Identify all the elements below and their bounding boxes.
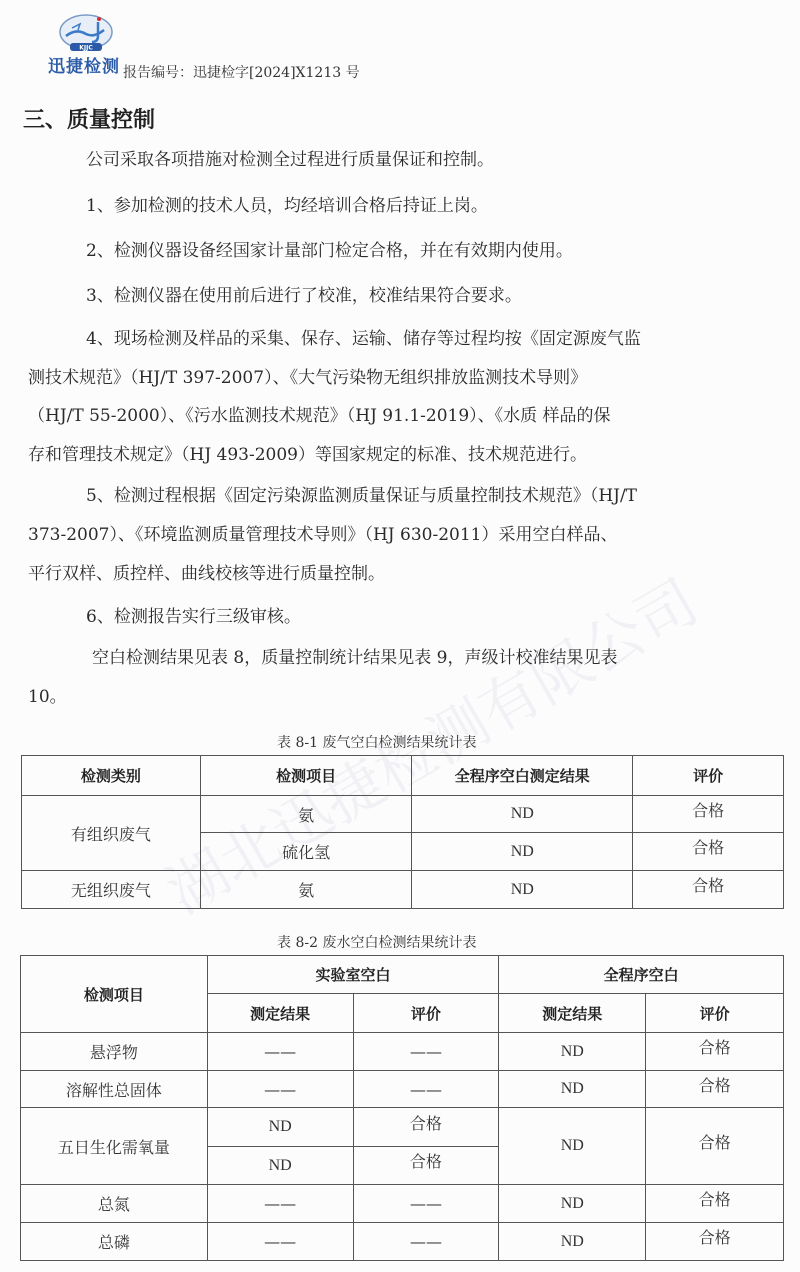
paragraph-item-2: 2、检测仪器设备经国家计量部门检定合格，并在有效期内使用。 (86, 241, 573, 261)
paragraph-item-4-line-2: 测技术规范》（HJ/T 397-2007）、《大气污染物无组织排放监测技术导则》 (28, 368, 587, 388)
paragraph-item-3: 3、检测仪器在使用前后进行了校准，校准结果符合要求。 (86, 286, 522, 306)
svg-text:KJJC: KJJC (79, 45, 93, 52)
full-result-cell: ND (499, 1185, 646, 1223)
header-cell: 评价 (353, 994, 499, 1033)
evaluation-cell: 合格 (633, 796, 784, 833)
header-cell: 检测类别 (22, 756, 201, 796)
item-cell: 总磷 (21, 1223, 208, 1261)
category-cell: 无组织废气 (22, 871, 201, 909)
paragraph-item-4-line-3: （HJ/T 55-2000）、《污水监测技术规范》（HJ 91.1-2019）、… (28, 406, 611, 426)
header-cell: 检测项目 (21, 956, 208, 1033)
paragraph-tables-ref-line-1: 空白检测结果见表 8，质量控制统计结果见表 9，声级计校准结果见表 (92, 648, 617, 668)
evaluation-cell: 合格 (633, 871, 784, 909)
lab-eval-cell: 合格 (353, 1147, 499, 1185)
result-cell: ND (412, 796, 633, 833)
table-8-2-caption: 表 8-2 废水空白检测结果统计表 (277, 932, 476, 952)
item-cell: 氨 (200, 796, 412, 833)
lab-result-cell: —— (207, 1071, 353, 1108)
result-cell: ND (412, 871, 633, 909)
full-result-cell: ND (499, 1071, 646, 1108)
full-eval-cell: 合格 (646, 1223, 784, 1261)
section-title: 三、质量控制 (23, 103, 155, 134)
table-row: 有组织废气 氨 ND 合格 (22, 796, 784, 833)
item-cell: 五日生化需氧量 (21, 1108, 208, 1185)
paragraph-item-5-line-1: 5、检测过程根据《固定污染源监测质量保证与质量控制技术规范》（HJ/T (86, 486, 637, 506)
full-eval-cell: 合格 (646, 1071, 784, 1108)
evaluation-cell: 合格 (633, 833, 784, 871)
lab-result-cell: ND (207, 1108, 353, 1147)
paragraph-tables-ref-line-2: 10。 (28, 687, 67, 707)
company-logo-text: 迅捷检测 (48, 52, 120, 77)
paragraph-intro: 公司采取各项措施对检测全过程进行质量保证和控制。 (86, 150, 494, 170)
lab-result-cell: —— (207, 1223, 353, 1261)
table-row: 溶解性总固体 —— —— ND 合格 (21, 1071, 784, 1108)
company-logo-icon: KJJC (58, 14, 114, 54)
item-cell: 悬浮物 (21, 1033, 208, 1071)
full-result-cell: ND (499, 1033, 646, 1071)
table-header-row: 检测项目 实验室空白 全程序空白 (21, 956, 784, 994)
header-group-full: 全程序空白 (499, 956, 784, 994)
full-eval-cell: 合格 (646, 1108, 784, 1185)
header-group-lab: 实验室空白 (207, 956, 499, 994)
header-cell: 测定结果 (207, 994, 353, 1033)
table-8-2: 检测项目 实验室空白 全程序空白 测定结果 评价 测定结果 评价 悬浮物 —— … (20, 955, 784, 1261)
full-eval-cell: 合格 (646, 1185, 784, 1223)
lab-eval-cell: 合格 (353, 1108, 499, 1147)
result-cell: ND (412, 833, 633, 871)
item-cell: 氨 (200, 871, 412, 909)
item-cell: 硫化氢 (200, 833, 412, 871)
table-8-1: 检测类别 检测项目 全程序空白测定结果 评价 有组织废气 氨 ND 合格 硫化氢… (21, 755, 784, 909)
paragraph-item-5-line-2: 373-2007）、《环境监测质量管理技术导则》（HJ 630-2011）采用空… (28, 525, 617, 545)
header-cell: 检测项目 (200, 756, 412, 796)
lab-eval-cell: —— (353, 1071, 499, 1108)
table-row: 总磷 —— —— ND 合格 (21, 1223, 784, 1261)
header-cell: 评价 (633, 756, 784, 796)
lab-eval-cell: —— (353, 1223, 499, 1261)
table-row: 无组织废气 氨 ND 合格 (22, 871, 784, 909)
paragraph-item-5-line-3: 平行双样、质控样、曲线校核等进行质量控制。 (28, 564, 385, 584)
item-cell: 总氮 (21, 1185, 208, 1223)
paragraph-item-4-line-1: 4、现场检测及样品的采集、保存、运输、储存等过程均按《固定源废气监 (86, 329, 641, 349)
header-cell: 全程序空白测定结果 (412, 756, 633, 796)
full-result-cell: ND (499, 1223, 646, 1261)
header-cell: 测定结果 (499, 994, 646, 1033)
paragraph-item-6: 6、检测报告实行三级审核。 (86, 607, 301, 627)
paragraph-item-4-line-4: 存和管理技术规定》（HJ 493-2009）等国家规定的标准、技术规范进行。 (28, 445, 587, 465)
report-number: 报告编号：迅捷检字[2024]X1213 号 (123, 62, 360, 82)
lab-result-cell: —— (207, 1185, 353, 1223)
lab-result-cell: ND (207, 1147, 353, 1185)
category-cell: 有组织废气 (22, 796, 201, 871)
lab-eval-cell: —— (353, 1033, 499, 1071)
full-eval-cell: 合格 (646, 1033, 784, 1071)
table-row: 悬浮物 —— —— ND 合格 (21, 1033, 784, 1071)
header-cell: 评价 (646, 994, 784, 1033)
item-cell: 溶解性总固体 (21, 1071, 208, 1108)
full-result-cell: ND (499, 1108, 646, 1185)
table-row: 五日生化需氧量 ND 合格 ND 合格 (21, 1108, 784, 1147)
lab-result-cell: —— (207, 1033, 353, 1071)
table-8-1-caption: 表 8-1 废气空白检测结果统计表 (277, 732, 476, 752)
paragraph-item-1: 1、参加检测的技术人员，均经培训合格后持证上岗。 (86, 196, 488, 216)
table-row: 总氮 —— —— ND 合格 (21, 1185, 784, 1223)
table-header-row: 检测类别 检测项目 全程序空白测定结果 评价 (22, 756, 784, 796)
lab-eval-cell: —— (353, 1185, 499, 1223)
